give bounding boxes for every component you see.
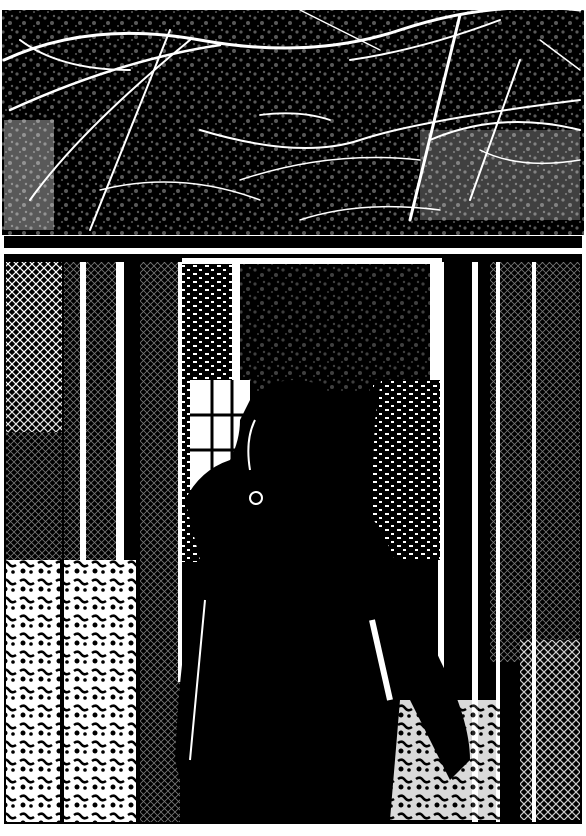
gate-frame [4,236,582,260]
bottom-margin [0,824,586,836]
photograph [0,0,586,836]
tree-branches [2,8,584,236]
photo-canvas [0,0,586,836]
